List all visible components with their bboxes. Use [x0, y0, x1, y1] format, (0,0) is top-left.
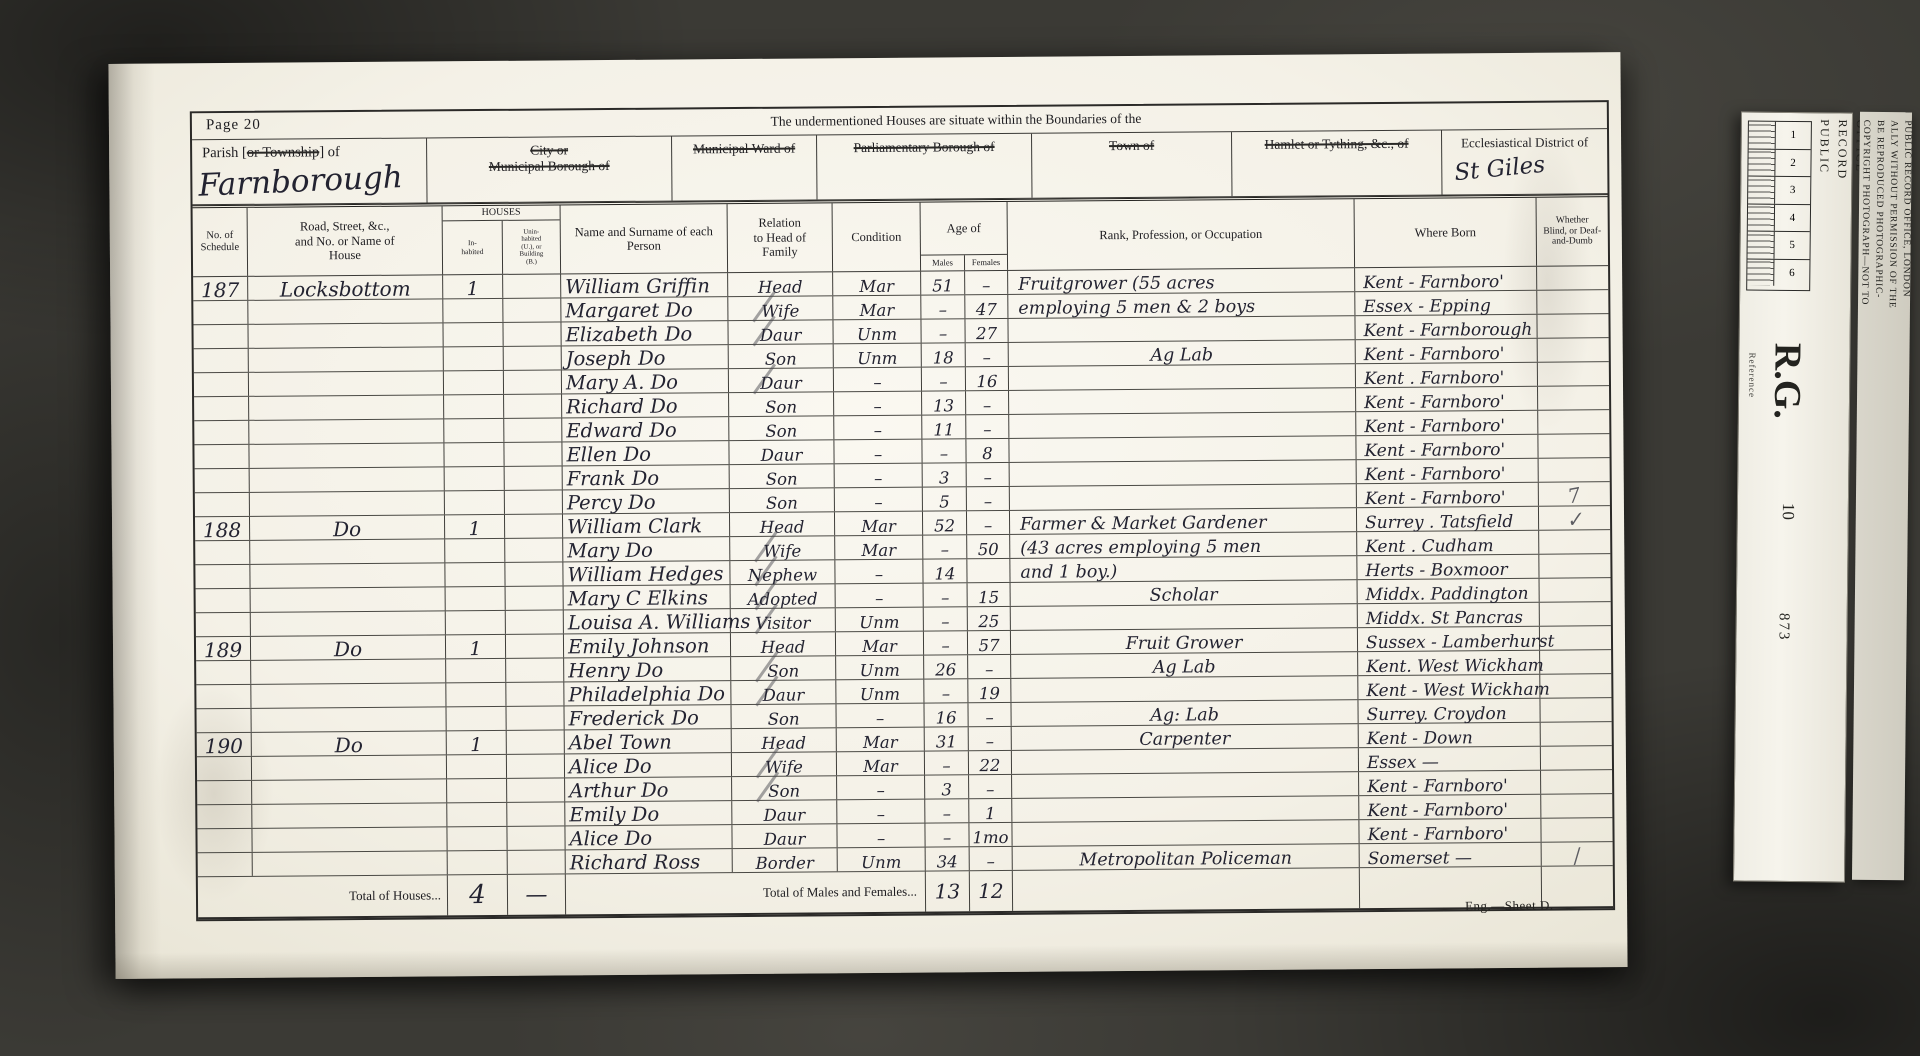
- total-females-value: 12: [970, 871, 1013, 911]
- cell-male: 34: [926, 847, 970, 870]
- cell-road: Do: [250, 515, 445, 540]
- cell-relation: Son: [731, 704, 836, 728]
- cell-condition: –: [837, 776, 925, 800]
- cell-occupation: [1010, 460, 1357, 486]
- parish-label-prefix: Parish [: [202, 145, 247, 161]
- cell-name: Percy Do: [563, 489, 730, 513]
- cell-inhabited: 1: [446, 635, 506, 658]
- cell-schedule: [196, 685, 251, 708]
- ruler-number: 6: [1774, 259, 1809, 286]
- cell-male: –: [924, 679, 968, 702]
- ruler-hatch-marks: [1748, 204, 1775, 231]
- cell-relation: Wife: [728, 296, 833, 320]
- cell-inhabited: [445, 467, 505, 490]
- cell-born: Kent - Down: [1359, 723, 1541, 747]
- cell-relation: Daur: [729, 368, 834, 392]
- cell-uninhabited: [506, 682, 564, 705]
- total-houses-label: Total of Houses...: [198, 875, 448, 917]
- cell-uninhabited: [505, 490, 563, 513]
- cell-remark: [1537, 266, 1608, 290]
- col-header-males: Males: [921, 255, 965, 270]
- location-header-band: Parish [or Township] of Farnborough City…: [192, 129, 1607, 205]
- cell-name: Joseph Do: [562, 345, 729, 369]
- cell-uninhabited: [504, 442, 562, 465]
- cell-male: 13: [922, 391, 966, 414]
- ruler-scale: 123456: [1746, 121, 1812, 292]
- cell-road: [249, 443, 444, 468]
- cell-road: [252, 779, 447, 804]
- cell-female: –: [965, 271, 1008, 294]
- town-label: Town of: [1109, 138, 1154, 153]
- cell-schedule: [193, 325, 248, 348]
- cell-inhabited: [445, 563, 505, 586]
- cell-schedule: [194, 397, 249, 420]
- cell-born: Kent - Farnboro': [1356, 387, 1538, 411]
- ruler-number: 3: [1775, 177, 1810, 204]
- cell-road: [252, 803, 447, 828]
- cell-condition: Unm: [836, 656, 924, 680]
- cell-occupation: Ag Lab: [1009, 340, 1356, 366]
- cell-schedule: [196, 613, 251, 636]
- cell-condition: Mar: [837, 728, 925, 752]
- cell-relation: Son: [729, 392, 834, 416]
- col-header-born: Where Born: [1355, 198, 1538, 267]
- cell-born: Surrey. Croydon: [1358, 699, 1540, 723]
- cell-occupation: employing 5 men & 2 boys: [1008, 292, 1355, 318]
- cell-remark: [1541, 818, 1612, 842]
- cell-male: –: [922, 367, 966, 390]
- cell-born: Kent - Farnborough: [1355, 315, 1537, 339]
- cell-condition: –: [837, 800, 925, 824]
- cell-name: Elizabeth Do: [561, 321, 728, 345]
- cell-inhabited: 1: [443, 275, 503, 298]
- cell-male: 3: [923, 463, 967, 486]
- series-reference: R.G.: [1764, 343, 1810, 493]
- cell-road: [251, 659, 446, 684]
- cell-occupation: Fruit Grower: [1011, 628, 1358, 654]
- cell-uninhabited: [505, 514, 563, 537]
- cell-born: Kent - Farnboro': [1355, 267, 1537, 291]
- cell-inhabited: [444, 395, 504, 418]
- cell-female: –: [966, 343, 1009, 366]
- cell-inhabited: [444, 347, 504, 370]
- cell-road: Locksbottom: [248, 275, 443, 300]
- cell-born: Kent. West Wickham: [1358, 651, 1540, 675]
- col-header-blind: Whether Blind, or Deaf- and-Dumb: [1537, 197, 1609, 266]
- cell-born: Kent - Farnboro': [1359, 795, 1541, 819]
- cell-relation: Daur: [729, 440, 834, 464]
- cell-schedule: [197, 805, 252, 828]
- cell-uninhabited: [506, 610, 564, 633]
- census-rows: 187Locksbottom1William GriffinHeadMar51–…: [193, 266, 1613, 877]
- cell-road: [251, 587, 446, 612]
- cell-born: Kent . Farnboro': [1356, 363, 1538, 387]
- cell-occupation: [1009, 436, 1356, 462]
- cell-remark: [1538, 362, 1609, 386]
- cell-occupation: [1010, 484, 1357, 510]
- cell-male: 18: [922, 343, 966, 366]
- cell-name: Emily Do: [565, 801, 732, 825]
- cell-road: [248, 299, 443, 324]
- reference-label: Reference: [1746, 353, 1757, 473]
- cell-uninhabited: [506, 706, 564, 729]
- cell-schedule: 189: [196, 637, 251, 660]
- cell-condition: –: [837, 824, 925, 848]
- ecclesiastical-district-cell: Ecclesiastical District of St Giles: [1442, 129, 1607, 194]
- cell-born: Kent - Farnboro': [1356, 411, 1538, 435]
- cell-schedule: [197, 709, 252, 732]
- cell-uninhabited: [505, 466, 563, 489]
- cell-name: Emily Johnson: [564, 633, 731, 657]
- copyright-notice-strip: COPYRIGHT PHOTOGRAPH—NOT TO BE REPRODUCE…: [1852, 112, 1912, 881]
- cell-road: Do: [251, 635, 446, 660]
- col-header-schedule: No. of Schedule: [193, 208, 249, 276]
- cell-female: –: [967, 511, 1010, 534]
- cell-road: [251, 611, 446, 636]
- cell-condition: Mar: [835, 512, 923, 536]
- cell-relation: Head: [728, 272, 833, 296]
- cell-occupation: Carpenter: [1012, 724, 1359, 750]
- cell-male: 3: [925, 775, 969, 798]
- cell-relation: Head: [730, 512, 835, 536]
- col-header-name: Name and Surname of each Person: [561, 204, 729, 273]
- sheet-footer-note: Eng.—Sheet D.: [1465, 898, 1554, 915]
- cell-uninhabited: [506, 658, 564, 681]
- cell-road: [248, 323, 443, 348]
- cell-remark: ✓: [1539, 506, 1610, 530]
- cell-male: –: [925, 751, 969, 774]
- cell-born: Sussex - Lamberhurst: [1358, 627, 1540, 651]
- cell-female: 1: [969, 799, 1012, 822]
- cell-uninhabited: [504, 418, 562, 441]
- cell-uninhabited: [508, 850, 566, 873]
- cell-male: 14: [923, 559, 967, 582]
- ruler-rung: 3: [1748, 177, 1810, 205]
- cell-name: Arthur Do: [565, 777, 732, 801]
- cell-male: –: [924, 583, 968, 606]
- cell-road: Do: [252, 731, 447, 756]
- cell-relation: Daur: [732, 824, 837, 848]
- cell-inhabited: [445, 491, 505, 514]
- cell-male: –: [925, 823, 969, 846]
- cell-born: Kent - Farnboro': [1359, 819, 1541, 843]
- cell-schedule: [196, 661, 251, 684]
- cell-condition: –: [834, 440, 922, 464]
- cell-condition: –: [834, 368, 922, 392]
- cell-inhabited: [447, 779, 507, 802]
- cell-relation: Border: [733, 848, 838, 872]
- cell-uninhabited: [504, 346, 562, 369]
- cell-road: [249, 395, 444, 420]
- cell-relation: Daur: [732, 800, 837, 824]
- cell-road: [250, 539, 445, 564]
- cell-occupation: Scholar: [1011, 580, 1358, 606]
- cell-occupation: [1009, 388, 1356, 414]
- cell-born: Kent - Farnboro': [1357, 483, 1539, 507]
- cell-remark: [1539, 530, 1610, 554]
- cell-road: [252, 755, 447, 780]
- cell-road: [250, 467, 445, 492]
- cell-female: 25: [968, 607, 1011, 630]
- cell-occupation: (43 acres employing 5 men: [1010, 532, 1357, 558]
- cell-name: Mary A. Do: [562, 369, 729, 393]
- cell-road: [251, 683, 446, 708]
- cell-born: Kent - Farnboro': [1356, 339, 1538, 363]
- cell-name: Ellen Do: [562, 441, 729, 465]
- cell-schedule: 187: [193, 277, 248, 300]
- cell-name: Abel Town: [565, 729, 732, 753]
- ruler-hatch-marks: [1748, 149, 1775, 176]
- col-header-relation: Relation to Head of Family: [728, 203, 834, 272]
- cell-female: 1mo: [969, 823, 1012, 846]
- ruler-rung: 1: [1749, 122, 1811, 150]
- cell-remark: [1538, 338, 1609, 362]
- cell-remark: [1538, 386, 1609, 410]
- ecclesiastical-district-label: Ecclesiastical District of: [1461, 134, 1588, 150]
- cell-occupation: [1009, 364, 1356, 390]
- ruler-number: 4: [1775, 204, 1810, 231]
- cell-female: 16: [966, 367, 1009, 390]
- cell-remark: [1538, 410, 1609, 434]
- cell-male: –: [924, 607, 968, 630]
- cell-female: 57: [968, 631, 1011, 654]
- cell-condition: Mar: [836, 632, 924, 656]
- ruler-hatch-marks: [1747, 259, 1774, 286]
- cell-uninhabited: [505, 538, 563, 561]
- col-header-females: Females: [965, 255, 1007, 270]
- cell-remark: [1540, 650, 1611, 674]
- parliamentary-borough-cell: Parliamentary Borough of: [817, 134, 1032, 200]
- cell-schedule: [197, 829, 252, 852]
- cell-condition: Mar: [833, 272, 921, 296]
- cell-occupation: [1008, 316, 1355, 342]
- cell-name: William Hedges: [563, 561, 730, 585]
- ruler-rung: 6: [1747, 259, 1809, 286]
- cell-born: Middx. St Pancras: [1358, 603, 1540, 627]
- census-form: Page 20 The undermentioned Houses are si…: [190, 100, 1615, 921]
- cell-occupation: and 1 boy.): [1010, 556, 1357, 582]
- cell-remark: 7: [1539, 482, 1610, 506]
- parish-cell: Parish [or Township] of Farnborough: [192, 138, 427, 204]
- cell-male: 16: [924, 703, 968, 726]
- municipal-ward-cell: Municipal Ward of: [672, 135, 817, 200]
- cell-female: 19: [968, 679, 1011, 702]
- ruler-rung: 5: [1747, 232, 1809, 260]
- cell-male: 26: [924, 655, 968, 678]
- cell-condition: Unm: [834, 344, 922, 368]
- cell-female: 15: [968, 583, 1011, 606]
- cell-inhabited: [446, 611, 506, 634]
- cell-name: Alice Do: [565, 753, 732, 777]
- ruler-hatch-marks: [1749, 122, 1776, 149]
- cell-relation: Head: [731, 632, 836, 656]
- cell-road: [249, 347, 444, 372]
- cell-male: –: [922, 439, 966, 462]
- cell-schedule: [197, 781, 252, 804]
- cell-name: William Clark: [563, 513, 730, 537]
- cell-condition: –: [834, 416, 922, 440]
- cell-uninhabited: [507, 802, 565, 825]
- cell-occupation: [1012, 772, 1359, 798]
- col-header-rank: Rank, Profession, or Occupation: [1008, 199, 1356, 270]
- cell-road: [251, 707, 446, 732]
- cell-schedule: [198, 853, 253, 876]
- cell-schedule: [195, 469, 250, 492]
- cell-road: [250, 563, 445, 588]
- copyright-notice-text: COPYRIGHT PHOTOGRAPH—NOT TO BE REPRODUCE…: [1850, 120, 1913, 881]
- cell-female: 22: [969, 751, 1012, 774]
- cell-male: –: [925, 799, 969, 822]
- piece-number: 10: [1777, 503, 1798, 563]
- record-office-reference-strip: 123456 PUBLIC RECORD OFFICE Reference R.…: [1733, 111, 1853, 882]
- cell-female: –: [967, 487, 1010, 510]
- cell-female: –: [970, 847, 1013, 870]
- cell-male: –: [921, 295, 965, 318]
- cell-uninhabited: [503, 274, 561, 297]
- cell-schedule: [197, 757, 252, 780]
- cell-occupation: [1012, 820, 1359, 846]
- cell-female: 50: [967, 535, 1010, 558]
- ruler-hatch-marks: [1748, 232, 1775, 259]
- cell-female: –: [968, 703, 1011, 726]
- cell-schedule: [194, 421, 249, 444]
- cell-schedule: [194, 373, 249, 396]
- hamlet-label: Hamlet or Tything, &c., of: [1265, 136, 1409, 152]
- cell-occupation: [1011, 604, 1358, 630]
- cell-condition: Unm: [836, 680, 924, 704]
- cell-male: –: [923, 535, 967, 558]
- total-houses-value: 4: [448, 875, 508, 915]
- cell-name: Edward Do: [562, 417, 729, 441]
- cell-name: William Griffin: [561, 273, 728, 297]
- cell-relation: Daur: [731, 680, 836, 704]
- cell-road: [252, 827, 447, 852]
- col-header-road: Road, Street, &c., and No. or Name of Ho…: [248, 206, 444, 276]
- parish-label-struck: or Township: [247, 144, 320, 161]
- cell-relation: Adopted: [731, 584, 836, 608]
- cell-male: 51: [921, 271, 965, 294]
- cell-condition: Mar: [835, 536, 923, 560]
- cell-remark: [1538, 434, 1609, 458]
- cell-remark: [1540, 698, 1611, 722]
- cell-inhabited: [446, 587, 506, 610]
- item-number: 873: [1774, 613, 1792, 683]
- cell-name: Richard Ross: [566, 849, 733, 873]
- cell-born: Surrey . Tatsfield: [1357, 507, 1539, 531]
- cell-relation: Wife: [730, 536, 835, 560]
- cell-uninhabited: [506, 634, 564, 657]
- cell-uninhabited: [507, 826, 565, 849]
- cell-relation: Son: [730, 488, 835, 512]
- cell-schedule: [193, 301, 248, 324]
- column-header-row: No. of Schedule Road, Street, &c., and N…: [193, 194, 1609, 277]
- cell-female: –: [967, 463, 1010, 486]
- cell-occupation: [1009, 412, 1356, 438]
- cell-inhabited: [447, 827, 507, 850]
- cell-schedule: [194, 445, 249, 468]
- cell-born: Herts - Boxmoor: [1357, 555, 1539, 579]
- cell-female: 8: [966, 439, 1009, 462]
- cell-female: [967, 559, 1010, 582]
- cell-inhabited: [443, 299, 503, 322]
- cell-inhabited: [444, 419, 504, 442]
- cell-born: Kent - Farnboro': [1359, 771, 1541, 795]
- cell-occupation: [1011, 676, 1358, 702]
- cell-occupation: Metropolitan Policeman: [1013, 844, 1360, 870]
- cell-remark: [1539, 458, 1610, 482]
- cell-female: –: [969, 727, 1012, 750]
- municipal-ward-label: Municipal Ward of: [693, 141, 795, 157]
- cell-female: –: [966, 415, 1009, 438]
- col-header-condition: Condition: [833, 203, 922, 272]
- cell-female: 47: [965, 295, 1008, 318]
- cell-uninhabited: [505, 562, 563, 585]
- cell-schedule: [195, 565, 250, 588]
- cell-remark: [1540, 602, 1611, 626]
- cell-occupation: Ag: Lab: [1011, 700, 1358, 726]
- cell-road: [249, 419, 444, 444]
- ecclesiastical-district-value-handwritten: St Giles: [1453, 152, 1546, 187]
- cell-uninhabited: [504, 394, 562, 417]
- cell-inhabited: [446, 659, 506, 682]
- cell-condition: –: [835, 464, 923, 488]
- city-borough-label: City or Municipal Borough of: [489, 142, 610, 174]
- cell-female: –: [969, 775, 1012, 798]
- cell-uninhabited: [507, 778, 565, 801]
- cell-born: Kent - West Wickham: [1358, 675, 1540, 699]
- cell-condition: –: [834, 392, 922, 416]
- cell-schedule: [195, 541, 250, 564]
- cell-condition: –: [836, 704, 924, 728]
- parish-label-suffix: ] of: [319, 144, 340, 160]
- cell-relation: Son: [731, 656, 836, 680]
- cell-name: Mary Do: [563, 537, 730, 561]
- cell-relation: Son: [729, 416, 834, 440]
- cell-condition: –: [835, 560, 923, 584]
- page-number-label: Page 20: [206, 117, 261, 134]
- cell-road: [250, 491, 445, 516]
- cell-relation: Nephew: [730, 560, 835, 584]
- census-sheet-paper: Page 20 The undermentioned Houses are si…: [108, 52, 1627, 979]
- cell-relation: Son: [732, 776, 837, 800]
- cell-road: [253, 851, 448, 876]
- cell-name: Frank Do: [563, 465, 730, 489]
- cell-remark: [1540, 674, 1611, 698]
- total-houses-dash: —: [508, 874, 566, 914]
- cell-road: [249, 371, 444, 396]
- cell-male: 11: [922, 415, 966, 438]
- cell-condition: Unm: [833, 320, 921, 344]
- cell-female: –: [966, 391, 1009, 414]
- ruler-rung: 4: [1748, 204, 1810, 232]
- cell-schedule: 190: [197, 733, 252, 756]
- cell-female: –: [968, 655, 1011, 678]
- cell-inhabited: 1: [445, 515, 505, 538]
- cell-name: Henry Do: [564, 657, 731, 681]
- cell-schedule: [196, 589, 251, 612]
- cell-remark: [1537, 314, 1608, 338]
- cell-inhabited: [448, 851, 508, 874]
- cell-occupation: [1012, 748, 1359, 774]
- cell-uninhabited: [506, 586, 564, 609]
- cell-remark: [1541, 770, 1612, 794]
- cell-inhabited: [447, 755, 507, 778]
- cell-condition: Mar: [833, 296, 921, 320]
- city-borough-cell: City or Municipal Borough of: [427, 137, 672, 203]
- cell-male: –: [921, 319, 965, 342]
- cell-male: 31: [925, 727, 969, 750]
- cell-inhabited: [447, 803, 507, 826]
